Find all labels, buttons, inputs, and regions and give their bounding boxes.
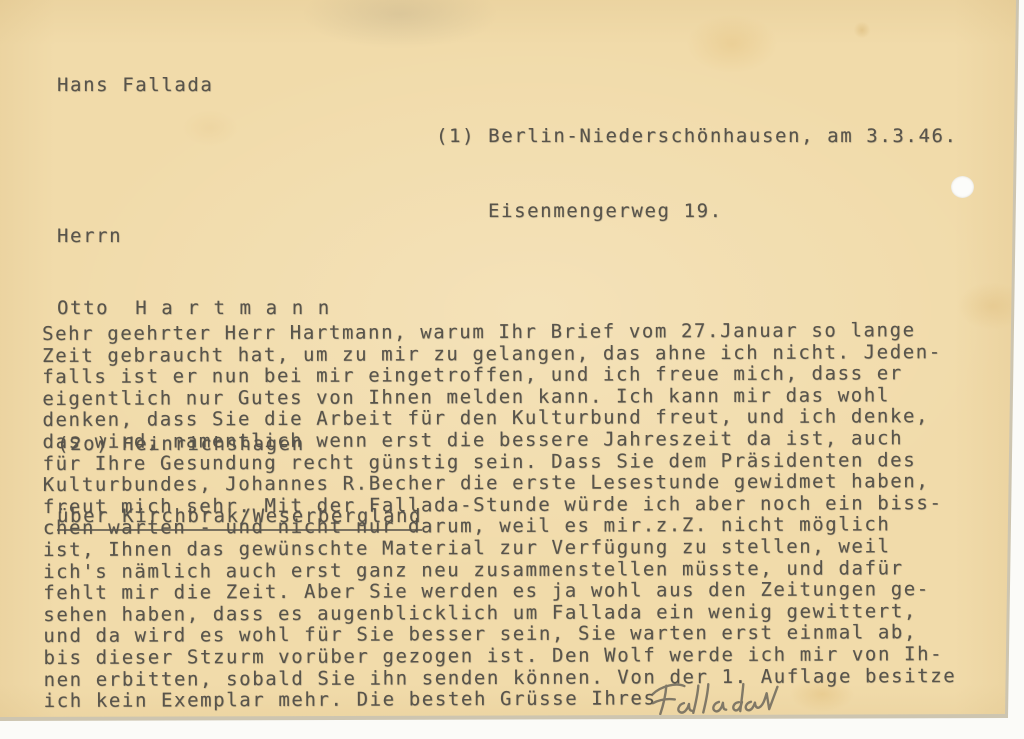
date-block: (1) Berlin-Niederschönhausen, am 3.3.46.…: [436, 74, 958, 274]
letter-paper: Hans Fallada (1) Berlin-Niederschönhause…: [0, 0, 1024, 739]
handwritten-signature-fallada: [649, 674, 783, 735]
recipient-name: Otto H a r t m a n n: [57, 296, 422, 320]
place-date-line: (1) Berlin-Niederschönhausen, am 3.3.46.: [436, 124, 958, 149]
recipient-salutation: Herrn: [57, 224, 422, 248]
street-line: Eisenmengerweg 19.: [488, 199, 958, 224]
letter-body: Sehr geehrter Herr Hartmann, warum Ihr B…: [42, 320, 1004, 713]
body-line: ich kein Exemplar mehr. Die besteh Grüss…: [44, 687, 1004, 713]
punch-hole: [951, 176, 974, 198]
sender-name: Hans Fallada: [57, 74, 213, 96]
